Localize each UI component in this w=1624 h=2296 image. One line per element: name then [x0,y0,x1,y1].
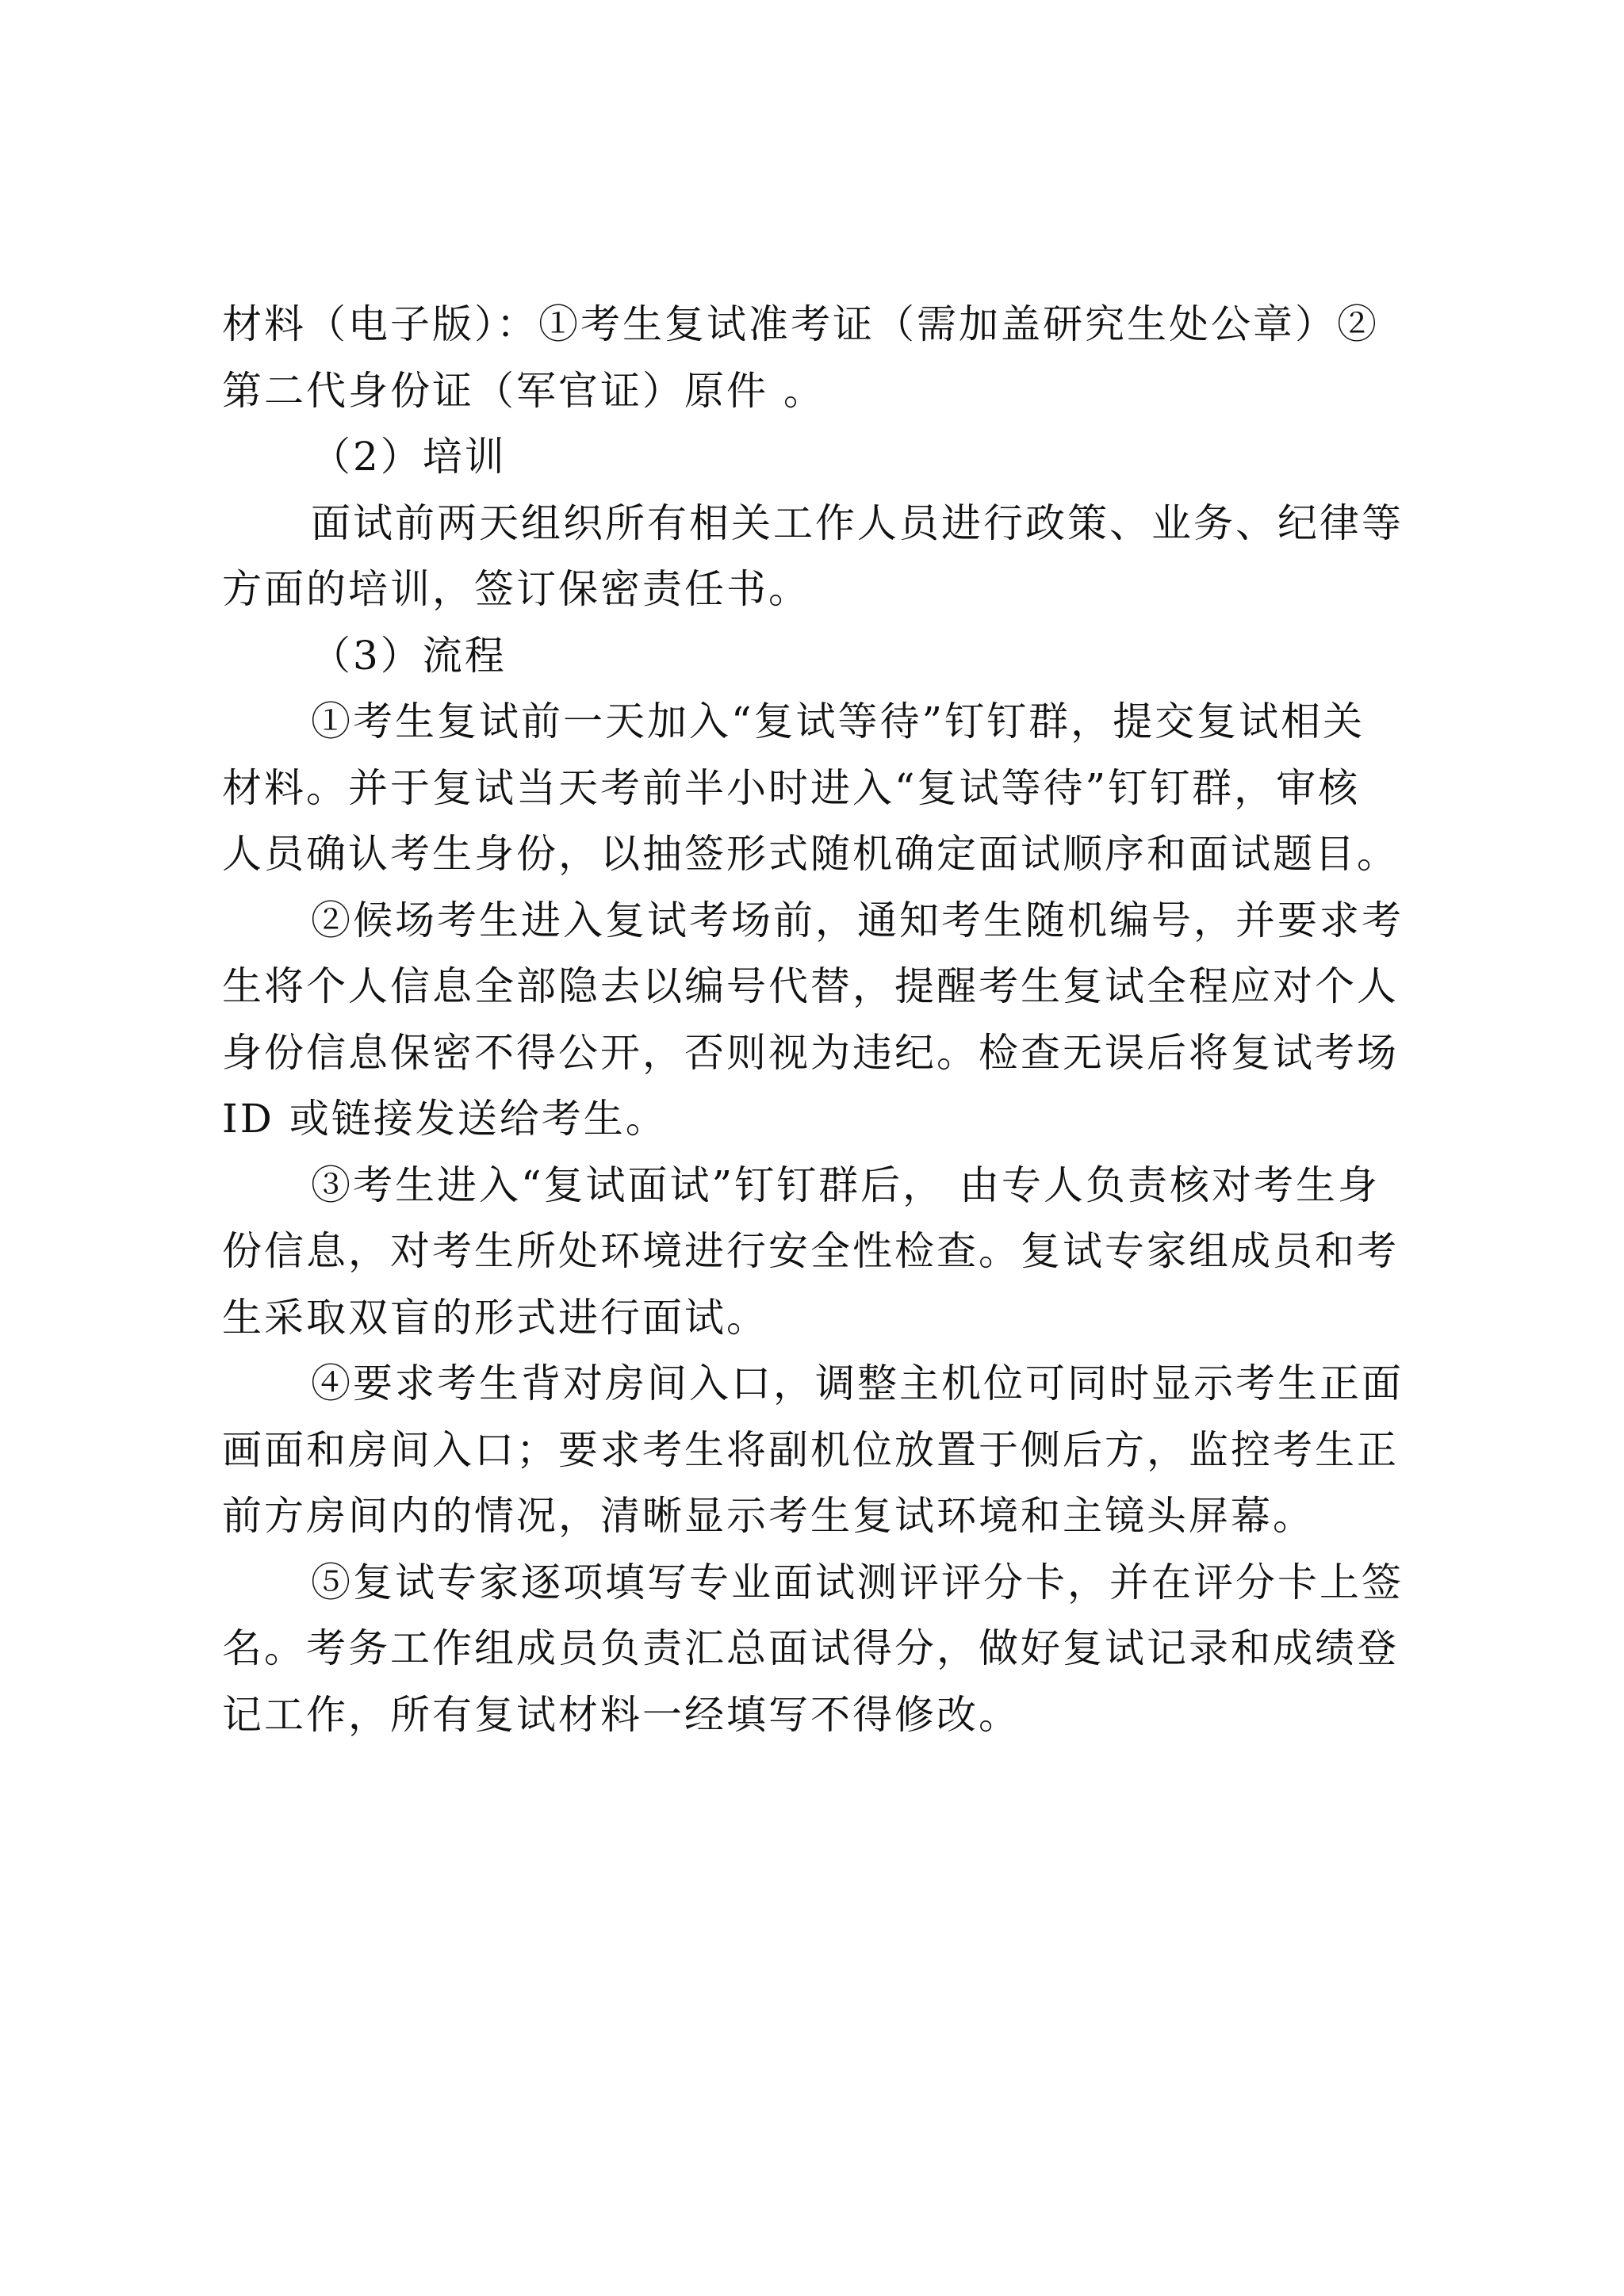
text-line: 材料（电子版）：①考生复试准考证（需加盖研究生处公章）② [222,292,1411,358]
paragraph-step-2: ②候场考生进入复试考场前，通知考生随机编号，并要求考 生将个人信息全部隐去以编号… [222,888,1411,1153]
text-line: 面试前两天组织所有相关工作人员进行政策、业务、纪律等 [222,491,1411,557]
text-line: 第二代身份证（军官证）原件 。 [222,358,1411,425]
text-line: ③考生进入“复试面试”钉钉群后， 由专人负责核对考生身 [222,1153,1411,1219]
paragraph-step-4: ④要求考生背对房间入口，调整主机位可同时显示考生正面 画面和房间入口；要求考生将… [222,1351,1411,1550]
text-line: 前方房间内的情况，清晰显示考生复试环境和主镜头屏幕。 [222,1483,1411,1550]
text-line: ID 或链接发送给考生。 [222,1086,1411,1153]
section-training: （2）培训 面试前两天组织所有相关工作人员进行政策、业务、纪律等 方面的培训，签… [222,424,1411,623]
text-line: ①考生复试前一天加入“复试等待”钉钉群，提交复试相关 [222,689,1411,756]
paragraph: 面试前两天组织所有相关工作人员进行政策、业务、纪律等 方面的培训，签订保密责任书… [222,491,1411,623]
text-line: 画面和房间入口；要求考生将副机位放置于侧后方，监控考生正 [222,1418,1411,1484]
paragraph-step-1: ①考生复试前一天加入“复试等待”钉钉群，提交复试相关 材料。并于复试当天考前半小… [222,689,1411,888]
section-process: （3）流程 ①考生复试前一天加入“复试等待”钉钉群，提交复试相关 材料。并于复试… [222,623,1411,1749]
paragraph-step-5: ⑤复试专家逐项填写专业面试测评评分卡，并在评分卡上签 名。考务工作组成员负责汇总… [222,1550,1411,1749]
text-line: 生将个人信息全部隐去以编号代替，提醒考生复试全程应对个人 [222,954,1411,1020]
text-line: 材料。并于复试当天考前半小时进入“复试等待”钉钉群，审核 [222,756,1411,822]
text-line: ④要求考生背对房间入口，调整主机位可同时显示考生正面 [222,1351,1411,1418]
text-line: 名。考务工作组成员负责汇总面试得分，做好复试记录和成绩登 [222,1616,1411,1682]
intro-paragraph: 材料（电子版）：①考生复试准考证（需加盖研究生处公章）② 第二代身份证（军官证）… [222,292,1411,424]
text-line: 记工作，所有复试材料一经填写不得修改。 [222,1682,1411,1749]
section-heading: （3）流程 [222,623,1411,690]
document-page: 材料（电子版）：①考生复试准考证（需加盖研究生处公章）② 第二代身份证（军官证）… [222,292,1411,1748]
section-heading: （2）培训 [222,424,1411,491]
text-line: 身份信息保密不得公开，否则视为违纪。检查无误后将复试考场 [222,1020,1411,1087]
text-line: 人员确认考生身份，以抽签形式随机确定面试顺序和面试题目。 [222,821,1411,888]
text-line: 份信息，对考生所处环境进行安全性检查。复试专家组成员和考 [222,1219,1411,1285]
text-line: ②候场考生进入复试考场前，通知考生随机编号，并要求考 [222,888,1411,955]
text-line: 生采取双盲的形式进行面试。 [222,1285,1411,1352]
text-line: ⑤复试专家逐项填写专业面试测评评分卡，并在评分卡上签 [222,1550,1411,1617]
paragraph-step-3: ③考生进入“复试面试”钉钉群后， 由专人负责核对考生身 份信息，对考生所处环境进… [222,1153,1411,1352]
text-line: 方面的培训，签订保密责任书。 [222,557,1411,623]
